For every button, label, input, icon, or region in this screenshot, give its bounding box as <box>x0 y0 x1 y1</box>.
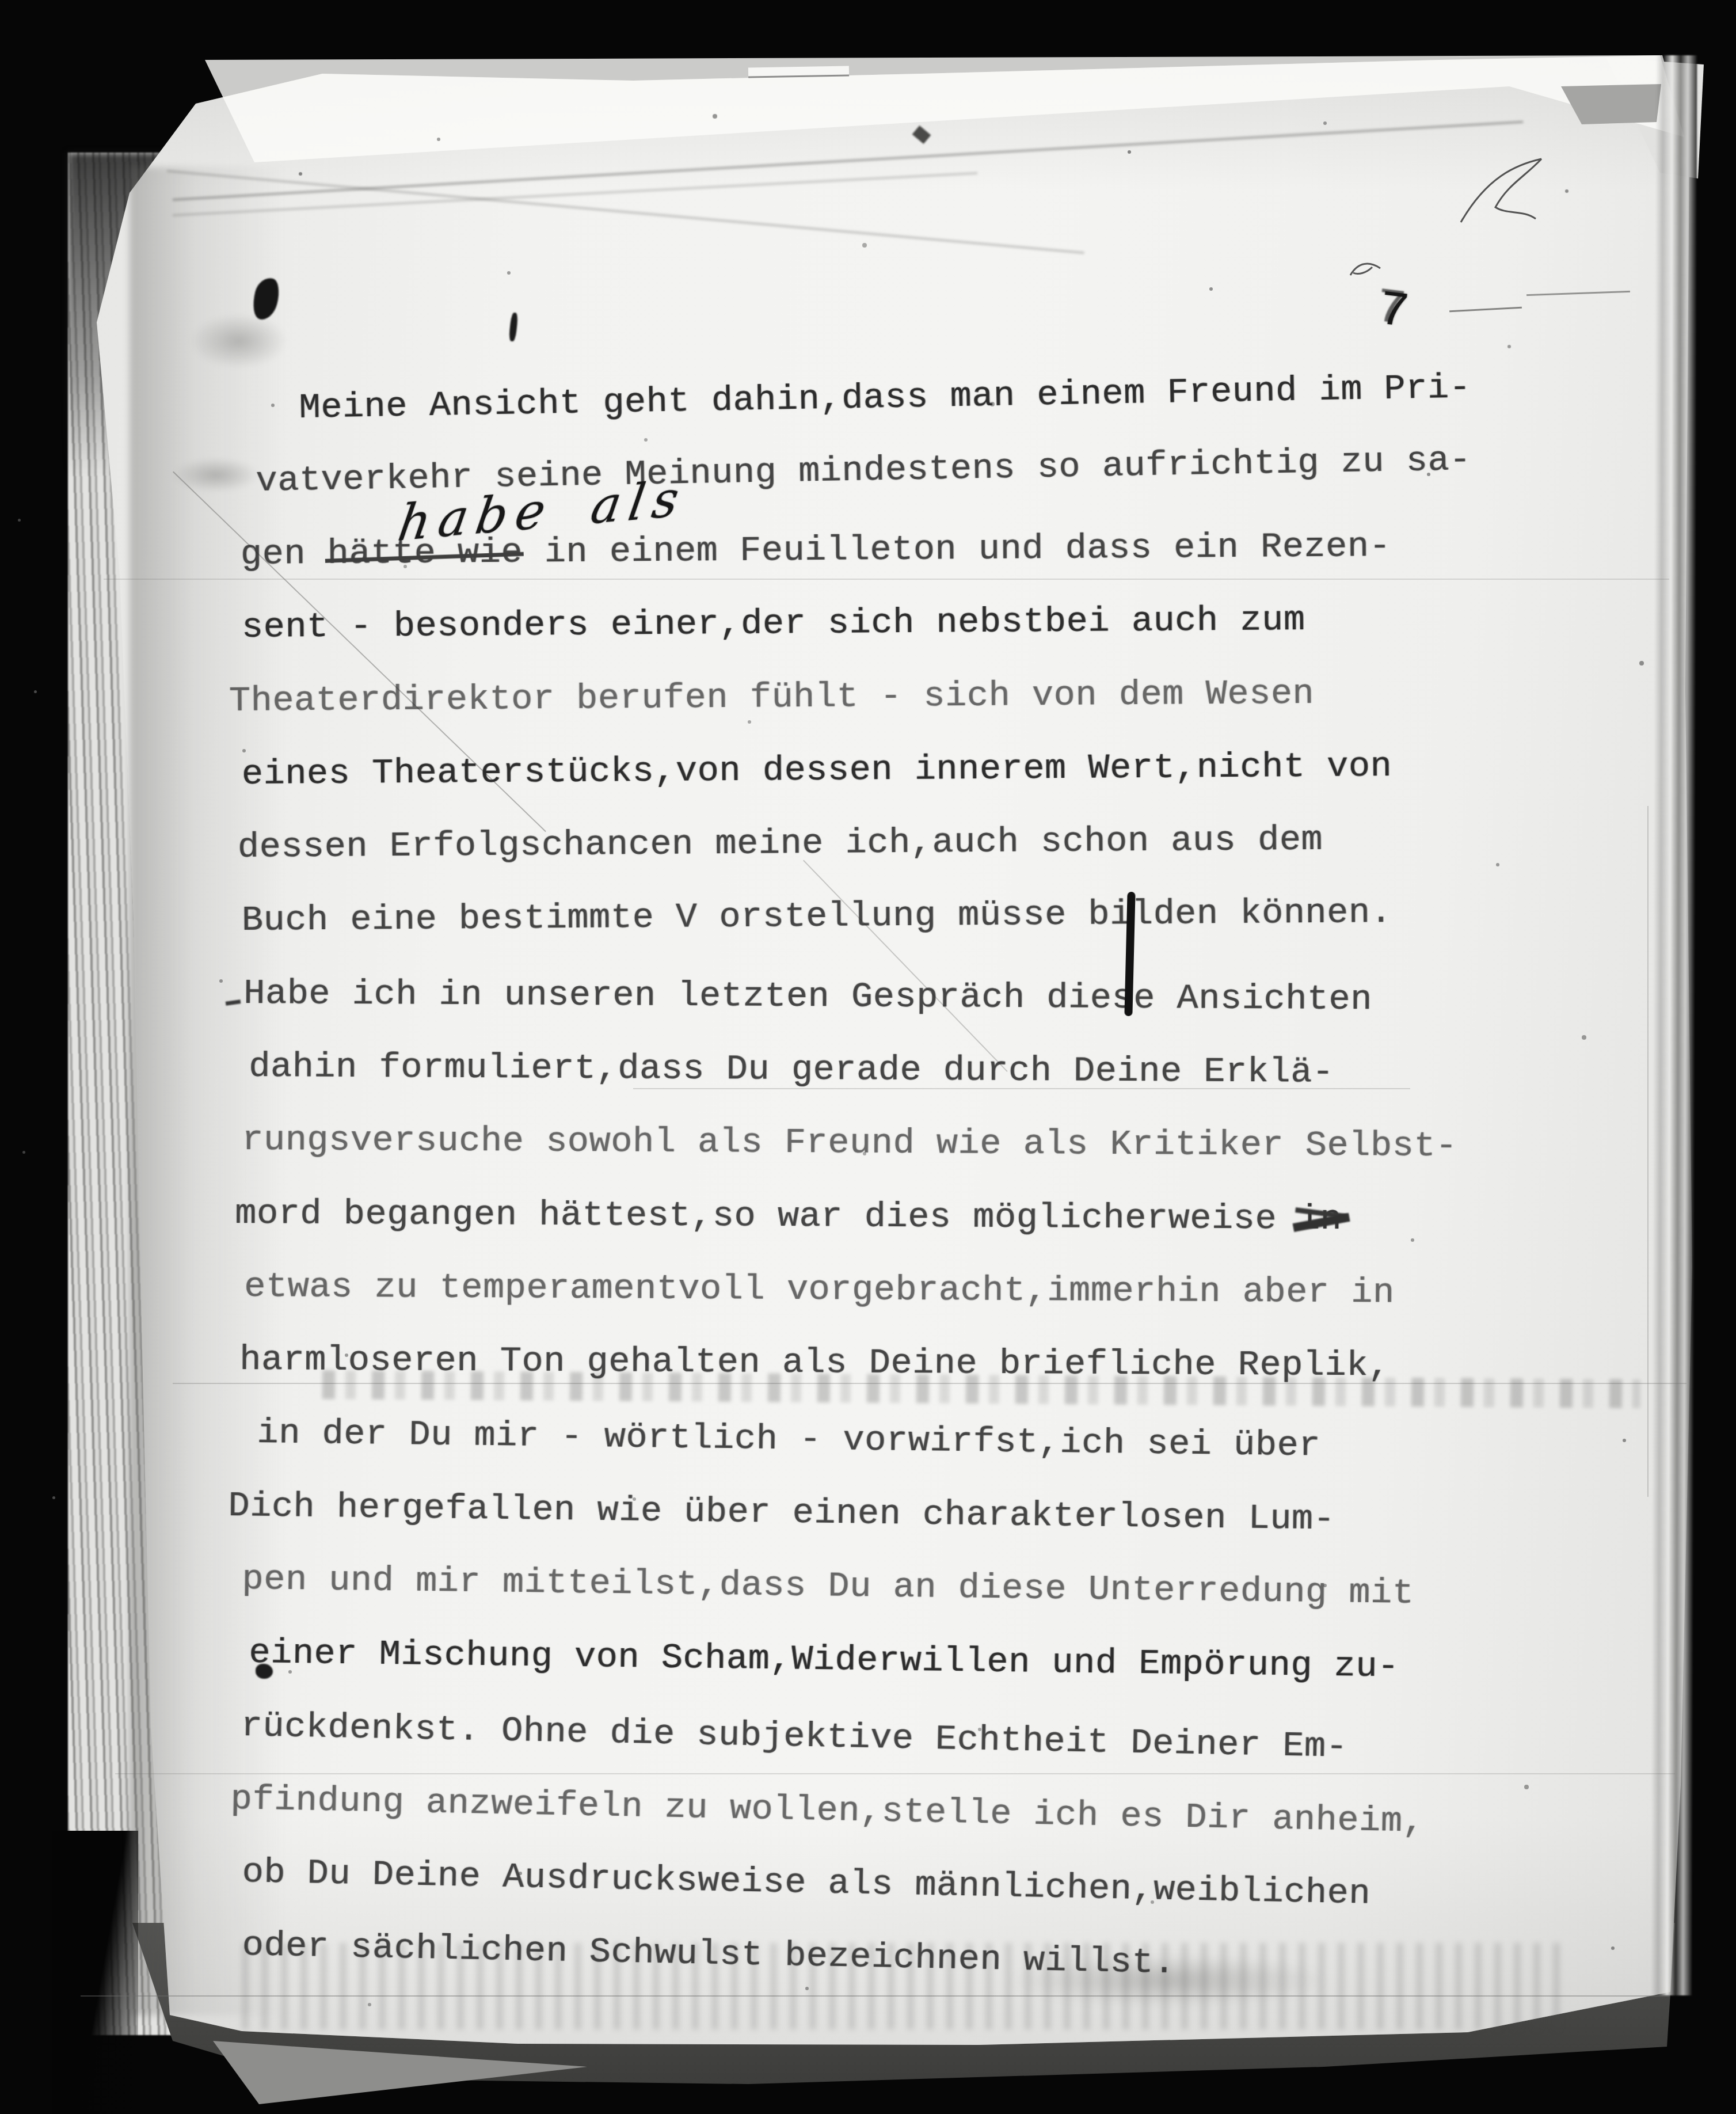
line-text: e bilden können. <box>1045 892 1392 935</box>
hair-scratch-mark <box>1455 154 1559 235</box>
line-text: Buch eine bestimmte V orstellung müss <box>242 894 1045 941</box>
line-text: eines Theaterstücks,von dessen innerem W… <box>242 746 1392 794</box>
horizontal-crease <box>115 1773 1675 1774</box>
paper-specks <box>0 0 2 2</box>
hair-scratch-mark <box>1348 257 1385 282</box>
line-text: dessen Erfolgschancen meine ich,auch sch… <box>238 819 1323 868</box>
finger-smudge <box>173 458 259 492</box>
line-text: gen <box>241 533 328 575</box>
typed-line: dessen Erfolgschancen meine ich,auch sch… <box>238 822 1323 865</box>
line-text: rungsversuche sowohl als Freund wie als … <box>242 1119 1457 1166</box>
top-edge-notch <box>748 66 849 78</box>
finger-smudge <box>190 314 288 368</box>
line-text: in einem Feuilleton und dass ein Rezen- <box>523 526 1391 573</box>
line-text: harmloseren Ton gehalten als Deine brief… <box>239 1339 1390 1386</box>
vertical-scratch <box>1647 806 1649 1497</box>
typed-line: Buch eine bestimmte V orstellung müsse b… <box>242 895 1392 938</box>
typed-line: eines Theaterstücks,von dessen innerem W… <box>242 748 1392 792</box>
horizontal-crease <box>104 579 1669 580</box>
typed-line: Habe ich in unseren letzten Gespräch die… <box>243 976 1372 1017</box>
line-text: mord begangen hättest,so war dies möglic… <box>235 1193 1299 1239</box>
typed-line: etwas zu temperamentvoll vorgebracht,imm… <box>244 1269 1395 1310</box>
typed-line: sent - besonders einer,der sich nebstbei… <box>242 602 1305 645</box>
typed-line: Theaterdirektor berufen fühlt - sich von… <box>229 676 1315 719</box>
typed-line: mord begangen hättest,so war dies möglic… <box>235 1196 1342 1237</box>
bottom-left-shadow-wedge <box>52 1831 138 2114</box>
line-text: Theaterdirektor berufen fühlt - sich von… <box>229 673 1315 721</box>
typed-line: harmloseren Ton gehalten als Deine brief… <box>239 1342 1390 1383</box>
typed-line: rungsversuche sowohl als Freund wie als … <box>242 1122 1457 1164</box>
line-text: Habe ich in unseren letzten Gespräch die… <box>243 973 1372 1020</box>
typed-line: dahin formuliert,dass Du gerade durch De… <box>249 1049 1334 1090</box>
line-text: sent - besonders einer,der sich nebstbei… <box>242 599 1305 648</box>
line-text: dahin formuliert,dass Du gerade durch De… <box>249 1046 1334 1093</box>
struck-through-word: in <box>1299 1199 1342 1239</box>
scanned-letter-page: 7 Meine Ansicht geht dahin,dass man eine… <box>0 0 1736 2114</box>
line-text: etwas zu temperamentvoll vorgebracht,imm… <box>244 1266 1395 1313</box>
paper-stack-right-edge <box>1651 55 1697 1995</box>
